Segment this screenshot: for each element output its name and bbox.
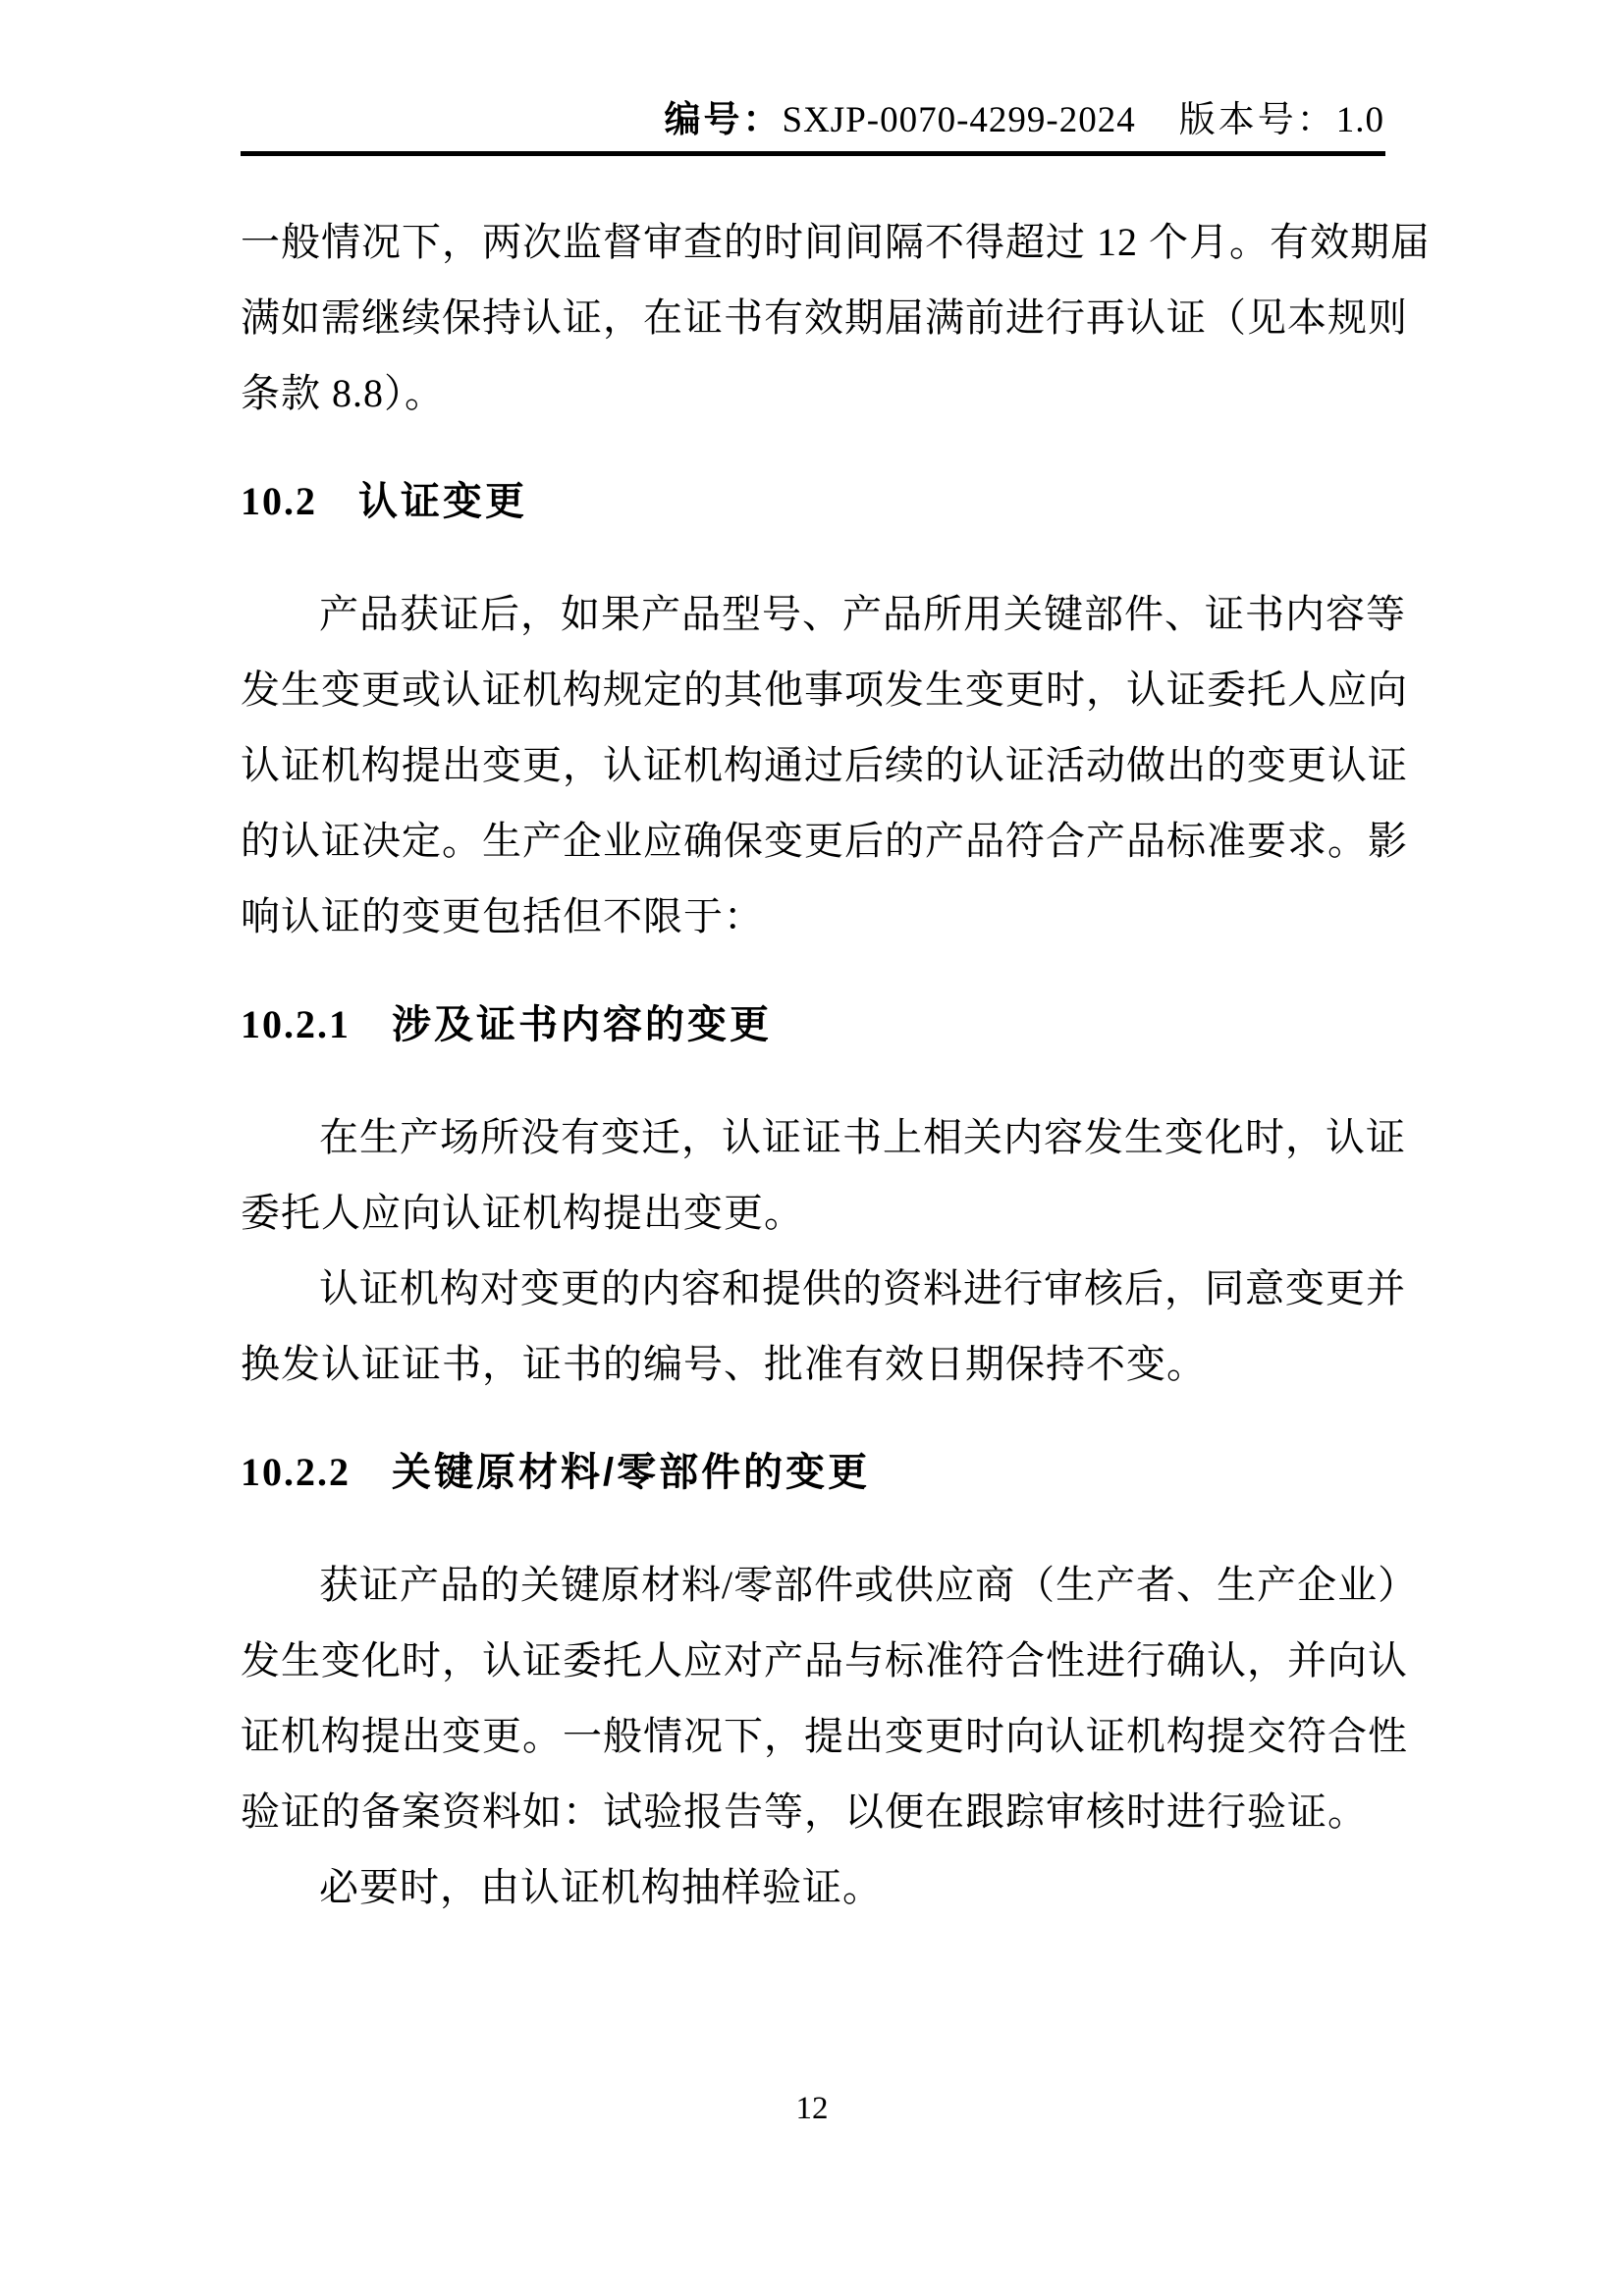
section-heading-10-2: 10.2认证变更: [241, 463, 1384, 539]
doc-number-value: SXJP-0070-4299-2024: [783, 100, 1136, 140]
text-line: 验证的备案资料如：试验报告等，以便在跟踪审核时进行验证。: [241, 1774, 1384, 1849]
doc-number-label: 编号：: [665, 99, 783, 139]
paragraph-certificate-content-change: 在生产场所没有变迁，认证证书上相关内容发生变化时，认证 委托人应向认证机构提出变…: [241, 1099, 1384, 1251]
header-rule: [241, 151, 1385, 156]
text-line: 响认证的变更包括但不限于：: [241, 879, 1384, 954]
paragraph-key-material-change: 获证产品的关键原材料/零部件或供应商（生产者、生产企业） 发生变化时，认证委托人…: [241, 1547, 1384, 1849]
page-header: 编号：SXJP-0070-4299-2024版本号：1.0: [665, 96, 1385, 143]
section-heading-10-2-1: 10.2.1涉及证书内容的变更: [241, 987, 1384, 1062]
text-line: 证机构提出变更。一般情况下，提出变更时向认证机构提交符合性: [241, 1698, 1384, 1774]
heading-number: 10.2.2: [241, 1450, 351, 1494]
heading-number: 10.2: [241, 479, 317, 523]
text-line: 必要时，由认证机构抽样验证。: [241, 1849, 1384, 1925]
text-line: 条款 8.8）。: [241, 355, 1384, 431]
text-line: 在生产场所没有变迁，认证证书上相关内容发生变化时，认证: [241, 1099, 1384, 1175]
version-value: 1.0: [1336, 100, 1384, 140]
text-line: 获证产品的关键原材料/零部件或供应商（生产者、生产企业）: [241, 1547, 1384, 1623]
text-line: 发生变更或认证机构规定的其他事项发生变更时，认证委托人应向: [241, 652, 1384, 727]
page-footer: 12: [0, 2087, 1624, 2130]
version-label: 版本号：: [1179, 100, 1336, 140]
text-line: 发生变化时，认证委托人应对产品与标准符合性进行确认，并向认: [241, 1623, 1384, 1698]
heading-title: 关键原材料/零部件的变更: [392, 1451, 870, 1494]
paragraph-certification-change: 产品获证后，如果产品型号、产品所用关键部件、证书内容等 发生变更或认证机构规定的…: [241, 576, 1384, 954]
section-heading-10-2-2: 10.2.2关键原材料/零部件的变更: [241, 1434, 1384, 1510]
text-line: 认证机构对变更的内容和提供的资料进行审核后，同意变更并: [241, 1251, 1384, 1326]
page-number: 12: [796, 2091, 829, 2126]
document-page: 编号：SXJP-0070-4299-2024版本号：1.0 一般情况下，两次监督…: [0, 0, 1624, 2296]
text-line: 一般情况下，两次监督审查的时间间隔不得超过 12 个月。有效期届: [241, 204, 1384, 280]
paragraph-surveillance-audit: 一般情况下，两次监督审查的时间间隔不得超过 12 个月。有效期届 满如需继续保持…: [241, 204, 1384, 431]
paragraph-certificate-reissue: 认证机构对变更的内容和提供的资料进行审核后，同意变更并 换发认证证书，证书的编号…: [241, 1251, 1384, 1402]
heading-number: 10.2.1: [241, 1002, 351, 1046]
heading-title: 认证变更: [358, 480, 527, 523]
text-line: 产品获证后，如果产品型号、产品所用关键部件、证书内容等: [241, 576, 1384, 652]
document-body: 一般情况下，两次监督审查的时间间隔不得超过 12 个月。有效期届 满如需继续保持…: [241, 204, 1384, 1925]
text-line: 满如需继续保持认证，在证书有效期届满前进行再认证（见本规则: [241, 280, 1384, 355]
text-line: 的认证决定。生产企业应确保变更后的产品符合产品标准要求。影: [241, 803, 1384, 879]
text-line: 换发认证证书，证书的编号、批准有效日期保持不变。: [241, 1326, 1384, 1402]
paragraph-sampling-verification: 必要时，由认证机构抽样验证。: [241, 1849, 1384, 1925]
heading-title: 涉及证书内容的变更: [392, 1003, 772, 1046]
text-line: 认证机构提出变更，认证机构通过后续的认证活动做出的变更认证: [241, 727, 1384, 803]
text-line: 委托人应向认证机构提出变更。: [241, 1175, 1384, 1251]
